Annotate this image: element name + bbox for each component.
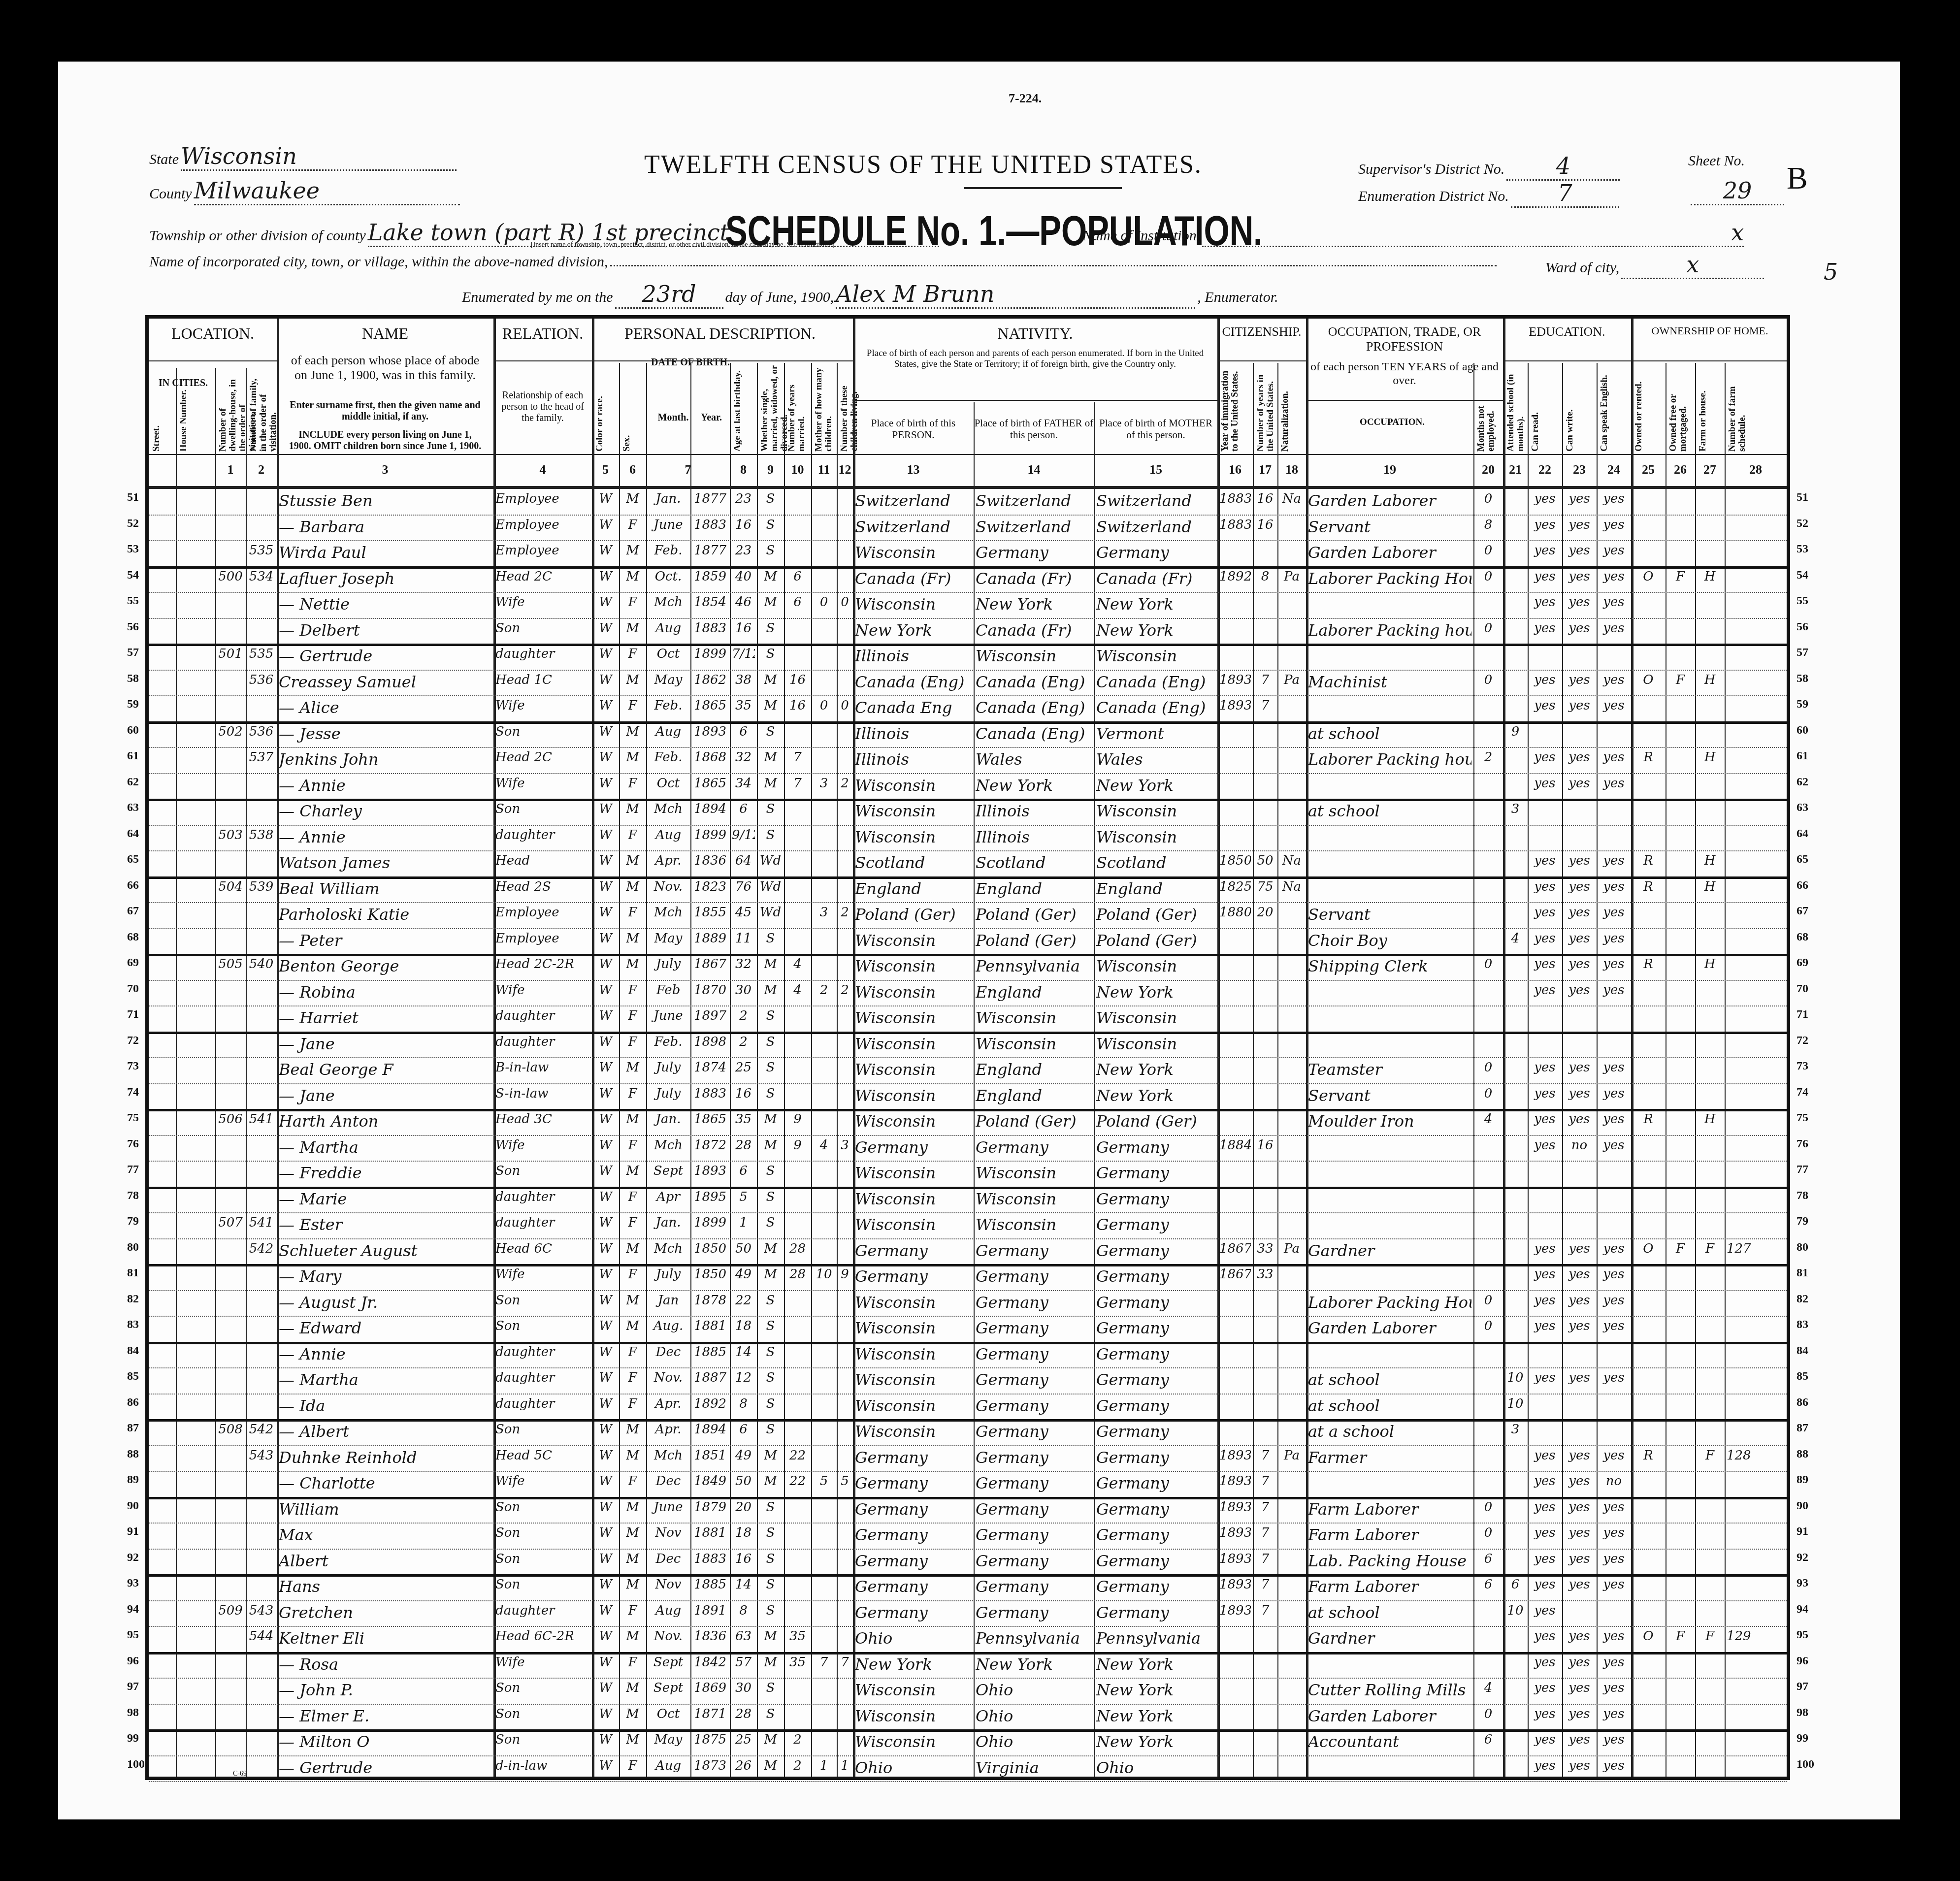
cell-name: — August Jr.: [279, 1293, 491, 1312]
cell-c: W: [594, 1293, 617, 1308]
cell-bf: England: [976, 879, 1092, 898]
column-number: 3: [277, 462, 493, 477]
cell-occ: Servant: [1308, 1086, 1471, 1105]
cell-moc: 10: [813, 1267, 835, 1282]
cell-yr: 1892: [692, 1396, 728, 1411]
cell-mo: Mch: [648, 802, 688, 816]
row-number: 63: [1797, 801, 1808, 814]
column-number: 13: [853, 462, 974, 477]
cell-une: 0: [1475, 1707, 1501, 1721]
cell-ms: M: [759, 983, 782, 998]
cell-own: O: [1633, 673, 1664, 687]
cell-mo: Mch: [648, 905, 688, 920]
cell-moc: 2: [813, 983, 835, 998]
cell-ms: S: [759, 1500, 782, 1515]
row-number: 89: [127, 1473, 139, 1487]
cell-mo: Aug: [648, 1603, 688, 1618]
column-number: 4: [493, 462, 592, 477]
cell-rel: Son: [495, 1422, 590, 1437]
cell-occ: Laborer Packing House: [1308, 569, 1471, 588]
cell-bp: Ohio: [855, 1629, 972, 1648]
cell-name: Watson James: [279, 853, 491, 872]
cell-c: W: [594, 1629, 617, 1644]
cell-own: R: [1633, 879, 1664, 894]
cell-rd: yes: [1530, 569, 1560, 584]
cell-fh: F: [1697, 1448, 1723, 1463]
cell-bm: New York: [1096, 1086, 1215, 1105]
cell-occ: at school: [1308, 1370, 1471, 1389]
cell-rd: yes: [1530, 1267, 1560, 1282]
cell-bm: Pennsylvania: [1096, 1629, 1215, 1648]
cell-age: 6: [732, 1164, 755, 1178]
cell-yr: 1849: [692, 1474, 728, 1489]
cell-rel: daughter: [495, 1008, 590, 1023]
cell-wr: yes: [1564, 1112, 1595, 1127]
cell-yus: 50: [1255, 853, 1275, 868]
row-number: 71: [1797, 1008, 1808, 1021]
cell-rel: Wife: [495, 698, 590, 713]
column-number: 10: [784, 462, 811, 477]
cell-age: 18: [732, 1319, 755, 1333]
column-number: 9: [757, 462, 784, 477]
cell-age: 14: [732, 1577, 755, 1592]
table-row: — AnniedaughterWFDec188514SWisconsinGerm…: [149, 1342, 1787, 1369]
cell-name: Parholoski Katie: [279, 905, 491, 924]
column-number: 18: [1277, 462, 1306, 477]
cell-en: yes: [1599, 1319, 1629, 1333]
cell-bm: New York: [1096, 1655, 1215, 1674]
state-value: Wisconsin: [181, 143, 457, 171]
cell-c: W: [594, 491, 617, 506]
cell-ym: 16: [786, 698, 809, 713]
row-number: 68: [1797, 931, 1808, 944]
cell-rel: Wife: [495, 776, 590, 791]
cell-bp: Wisconsin: [855, 1164, 972, 1182]
cell-rel: daughter: [495, 1345, 590, 1360]
header-immigration: Year of immigration to the United States…: [1220, 365, 1251, 452]
cell-s: M: [621, 1060, 644, 1075]
table-row: 509543GretchendaughterWFAug18918SGermany…: [149, 1600, 1787, 1627]
cell-c: W: [594, 1396, 617, 1411]
cell-bf: Germany: [976, 1474, 1092, 1492]
supervisor-district-field: Supervisor's District No. 4: [1358, 153, 1620, 181]
cell-ms: M: [759, 1474, 782, 1489]
cell-en: yes: [1599, 750, 1629, 765]
cell-rel: Son: [495, 1525, 590, 1540]
form-number: 7-224.: [1009, 91, 1042, 106]
row-number: 73: [1797, 1060, 1808, 1073]
cell-mo: Aug: [648, 621, 688, 636]
cell-own: O: [1633, 1629, 1664, 1644]
cell-bp: Germany: [855, 1500, 972, 1519]
row-number: 81: [127, 1266, 139, 1280]
cell-rel: Son: [495, 1319, 590, 1333]
cell-mo: Feb.: [648, 543, 688, 558]
cell-bf: Germany: [976, 1138, 1092, 1157]
cell-rel: d-in-law: [495, 1758, 590, 1773]
cell-name: — Ester: [279, 1215, 491, 1234]
cell-yus: 7: [1255, 1500, 1275, 1515]
table-row: Stussie BenEmployeeWMJan.187723SSwitzerl…: [149, 488, 1787, 516]
cell-yr: 1881: [692, 1525, 728, 1540]
cell-imm: 1893: [1219, 1525, 1251, 1540]
cell-chl: 1: [839, 1758, 851, 1773]
cell-c: W: [594, 983, 617, 998]
cell-bm: Germany: [1096, 1370, 1215, 1389]
cell-fm: 542: [248, 1422, 275, 1437]
cell-moc: 4: [813, 1138, 835, 1153]
cell-bf: Poland (Ger): [976, 905, 1092, 924]
cell-age: 5: [732, 1190, 755, 1204]
table-row: — BarbaraEmployeeWFJune188316SSwitzerlan…: [149, 515, 1787, 542]
cell-yr: 1893: [692, 724, 728, 739]
row-number: 91: [127, 1525, 139, 1538]
header-living: Number of these children living.: [840, 365, 851, 452]
cell-wr: yes: [1564, 905, 1595, 920]
cell-s: M: [621, 1422, 644, 1437]
cell-en: yes: [1599, 983, 1629, 998]
cell-yr: 1836: [692, 853, 728, 868]
cell-rel: Son: [495, 621, 590, 636]
cell-bf: Germany: [976, 1241, 1092, 1260]
cell-rel: Son: [495, 1293, 590, 1308]
cell-bm: Germany: [1096, 1525, 1215, 1544]
cell-rd: yes: [1530, 518, 1560, 532]
cell-name: — Peter: [279, 931, 491, 950]
row-number: 77: [127, 1163, 139, 1176]
cell-ms: S: [759, 1035, 782, 1049]
cell-rel: daughter: [495, 828, 590, 843]
cell-ms: S: [759, 1422, 782, 1437]
header-ownership: OWNERSHIP OF HOME.: [1631, 324, 1789, 337]
cell-name: — Albert: [279, 1422, 491, 1441]
cell-bp: Wisconsin: [855, 776, 972, 795]
header-nativity: NATIVITY.: [853, 324, 1217, 343]
cell-en: yes: [1599, 1758, 1629, 1773]
cell-age: 49: [732, 1448, 755, 1463]
cell-dw: 500: [217, 569, 244, 584]
cell-age: 14: [732, 1345, 755, 1360]
row-number: 57: [127, 646, 139, 659]
cell-mo: Sept: [648, 1164, 688, 1178]
cell-bp: Wisconsin: [855, 1215, 972, 1234]
cell-rel: Son: [495, 1552, 590, 1566]
cell-rel: daughter: [495, 1190, 590, 1204]
cell-en: yes: [1599, 776, 1629, 791]
cell-occ: Choir Boy: [1308, 931, 1471, 950]
cell-rd: yes: [1530, 1681, 1560, 1695]
cell-bm: New York: [1096, 983, 1215, 1002]
cell-bp: Ohio: [855, 1758, 972, 1777]
cell-name: — Barbara: [279, 518, 491, 536]
cell-fm: 534: [248, 569, 275, 584]
cell-s: F: [621, 1008, 644, 1023]
cell-name: Lafluer Joseph: [279, 569, 491, 588]
cell-chl: 7: [839, 1655, 851, 1670]
header-birth-mother: Place of birth of MOTHER of this person.: [1094, 417, 1217, 441]
row-number: 65: [1797, 853, 1808, 866]
cell-rel: Son: [495, 802, 590, 816]
table-row: 544Keltner EliHead 6C-2RWMNov.183663M35O…: [149, 1626, 1787, 1654]
cell-bp: Switzerland: [855, 518, 972, 536]
cell-c: W: [594, 1112, 617, 1127]
cell-ym: 22: [786, 1474, 809, 1489]
cell-bm: Vermont: [1096, 724, 1215, 743]
header-farm-house: Farm or house.: [1698, 365, 1723, 452]
cell-fm: 541: [248, 1112, 275, 1127]
cell-imm: 1880: [1219, 905, 1251, 920]
cell-mo: Aug: [648, 1758, 688, 1773]
cell-une: 6: [1475, 1552, 1501, 1566]
cell-occ: Garden Laborer: [1308, 1319, 1471, 1337]
cell-ms: M: [759, 1112, 782, 1127]
column-number: 1: [215, 462, 246, 477]
row-number: 65: [127, 853, 139, 866]
cell-dw: 507: [217, 1215, 244, 1230]
cell-name: Albert: [279, 1552, 491, 1570]
cell-ms: S: [759, 1190, 782, 1204]
cell-c: W: [594, 828, 617, 843]
cell-age: 32: [732, 957, 755, 972]
cell-bp: England: [855, 879, 972, 898]
row-number: 83: [127, 1318, 139, 1331]
table-row: 505540Benton GeorgeHead 2C-2RWMJuly18673…: [149, 954, 1787, 981]
cell-ym: 9: [786, 1112, 809, 1127]
cell-en: yes: [1599, 1707, 1629, 1721]
cell-une: 6: [1475, 1577, 1501, 1592]
cell-en: yes: [1599, 1448, 1629, 1463]
cell-rd: yes: [1530, 983, 1560, 998]
cell-fs: 127: [1727, 1241, 1785, 1256]
cell-rd: yes: [1530, 698, 1560, 713]
cell-bf: Wales: [976, 750, 1092, 769]
table-row: — HarrietdaughterWFJune18972SWisconsinWi…: [149, 1005, 1787, 1034]
cell-rel: S-in-law: [495, 1086, 590, 1101]
row-number: 55: [127, 594, 139, 608]
cell-bm: Wisconsin: [1096, 1035, 1215, 1053]
cell-rd: yes: [1530, 1603, 1560, 1618]
cell-mo: Mch: [648, 1138, 688, 1153]
cell-rel: Head 1C: [495, 673, 590, 687]
cell-ms: Wd: [759, 879, 782, 894]
table-row: — MariedaughterWFApr18955SWisconsinWisco…: [149, 1187, 1787, 1214]
cell-c: W: [594, 1732, 617, 1747]
cell-bp: Germany: [855, 1241, 972, 1260]
row-number: 70: [127, 982, 139, 996]
cell-mo: May: [648, 931, 688, 946]
cell-mo: June: [648, 518, 688, 532]
cell-occ: Gardner: [1308, 1629, 1471, 1648]
cell-own: O: [1633, 569, 1664, 584]
cell-ms: M: [759, 1241, 782, 1256]
column-number: 6: [619, 462, 646, 477]
cell-rel: Employee: [495, 543, 590, 558]
cell-ms: S: [759, 828, 782, 843]
cell-yr: 1877: [692, 543, 728, 558]
row-number: 58: [127, 672, 139, 685]
row-number: 67: [1797, 905, 1808, 918]
cell-rel: Head 5C: [495, 1448, 590, 1463]
cell-rel: Head 2C: [495, 750, 590, 765]
cell-mo: July: [648, 1060, 688, 1075]
cell-bf: Germany: [976, 1267, 1092, 1286]
cell-s: F: [621, 1345, 644, 1360]
cell-yr: 1883: [692, 621, 728, 636]
cell-ms: S: [759, 802, 782, 816]
cell-yr: 1850: [692, 1241, 728, 1256]
cell-yus: 16: [1255, 1138, 1275, 1153]
cell-name: — Edward: [279, 1319, 491, 1337]
cell-wr: yes: [1564, 1319, 1595, 1333]
cell-une: 0: [1475, 1525, 1501, 1540]
cell-name: — Martha: [279, 1138, 491, 1157]
cell-ym: 4: [786, 957, 809, 972]
cell-ms: S: [759, 1525, 782, 1540]
cell-nat: Na: [1279, 879, 1304, 894]
cell-bp: Wisconsin: [855, 1293, 972, 1312]
header-occupation-sub: OCCUPATION.: [1306, 417, 1478, 428]
cell-dw: 504: [217, 879, 244, 894]
cell-s: F: [621, 1086, 644, 1101]
cell-mo: June: [648, 1500, 688, 1515]
row-number: 95: [1797, 1628, 1808, 1642]
header-color: Color or race.: [595, 365, 617, 452]
cell-yus: 7: [1255, 698, 1275, 713]
header-years-married: Number of years married.: [787, 365, 809, 452]
row-number: 56: [1797, 620, 1808, 634]
row-number: 51: [127, 491, 139, 504]
cell-bp: Wisconsin: [855, 1008, 972, 1027]
row-number: 78: [1797, 1189, 1808, 1202]
cell-fm: 535: [248, 647, 275, 661]
cell-ms: S: [759, 1008, 782, 1023]
row-number: 75: [1797, 1111, 1808, 1125]
cell-bp: Wisconsin: [855, 543, 972, 562]
cell-dw: 506: [217, 1112, 244, 1127]
cell-rd: yes: [1530, 595, 1560, 610]
cell-occ: Farm Laborer: [1308, 1500, 1471, 1519]
cell-bm: Wisconsin: [1096, 802, 1215, 820]
cell-s: F: [621, 1474, 644, 1489]
cell-ms: M: [759, 1448, 782, 1463]
cell-chl: 3: [839, 1138, 851, 1153]
cell-bp: Wisconsin: [855, 1112, 972, 1131]
cell-bf: Wisconsin: [976, 1215, 1092, 1234]
cell-sch: 10: [1505, 1370, 1526, 1385]
cell-bm: New York: [1096, 595, 1215, 614]
cell-name: — Mary: [279, 1267, 491, 1286]
row-number: 97: [127, 1680, 139, 1693]
cell-en: yes: [1599, 853, 1629, 868]
cell-wr: yes: [1564, 957, 1595, 972]
cell-mo: Mch: [648, 1448, 688, 1463]
cell-s: M: [621, 1164, 644, 1178]
cell-imm: 1893: [1219, 698, 1251, 713]
population-table: LOCATION. IN CITIES. NAME of each person…: [145, 315, 1790, 1780]
cell-rel: Head 2C: [495, 569, 590, 584]
cell-rel: Head 2C-2R: [495, 957, 590, 972]
cell-rd: yes: [1530, 621, 1560, 636]
cell-occ: Garden Laborer: [1308, 1707, 1471, 1725]
cell-ms: M: [759, 750, 782, 765]
cell-sch: 9: [1505, 724, 1526, 739]
cell-c: W: [594, 1060, 617, 1075]
cell-ms: M: [759, 595, 782, 610]
cell-c: W: [594, 1707, 617, 1721]
header-name-desc: of each person whose place of abode on J…: [287, 353, 484, 383]
cell-c: W: [594, 1035, 617, 1049]
cell-dw: 503: [217, 828, 244, 843]
cell-name: Gretchen: [279, 1603, 491, 1622]
cell-une: 0: [1475, 1086, 1501, 1101]
cell-en: yes: [1599, 673, 1629, 687]
cell-c: W: [594, 750, 617, 765]
cell-bf: Scotland: [976, 853, 1092, 872]
cell-c: W: [594, 957, 617, 972]
cell-bp: Scotland: [855, 853, 972, 872]
cell-occ: Garden Laborer: [1308, 543, 1471, 562]
cell-s: F: [621, 983, 644, 998]
cell-age: 64: [732, 853, 755, 868]
cell-occ: Shipping Clerk: [1308, 957, 1471, 975]
cell-ym: 7: [786, 750, 809, 765]
cell-nat: Pa: [1279, 569, 1304, 584]
cell-name: — Jesse: [279, 724, 491, 743]
cell-c: W: [594, 1138, 617, 1153]
cell-yus: 8: [1255, 569, 1275, 584]
header-house: House Number.: [179, 373, 213, 452]
cell-occ: Moulder Iron: [1308, 1112, 1471, 1131]
cell-ms: S: [759, 1060, 782, 1075]
table-row: — MaryWifeWFJuly185049M28109GermanyGerma…: [149, 1264, 1787, 1291]
cell-imm: 1893: [1219, 1500, 1251, 1515]
cell-age: 1: [732, 1215, 755, 1230]
cell-s: F: [621, 1758, 644, 1773]
column-number: 27: [1695, 462, 1725, 477]
cell-c: W: [594, 853, 617, 868]
cell-wr: yes: [1564, 621, 1595, 636]
cell-s: M: [621, 724, 644, 739]
cell-chl: 5: [839, 1474, 851, 1489]
table-row: — IdadaughterWFApr.18928SWisconsinGerman…: [149, 1394, 1787, 1422]
cell-occ: Cutter Rolling Mills: [1308, 1681, 1471, 1699]
cell-yr: 1871: [692, 1707, 728, 1721]
cell-s: F: [621, 595, 644, 610]
cell-occ: at school: [1308, 1603, 1471, 1622]
cell-ms: S: [759, 1319, 782, 1333]
cell-name: — Alice: [279, 698, 491, 717]
cell-bm: Wales: [1096, 750, 1215, 769]
cell-s: M: [621, 957, 644, 972]
cell-yr: 1895: [692, 1190, 728, 1204]
cell-moc: 5: [813, 1474, 835, 1489]
cell-imm: 1893: [1219, 1577, 1251, 1592]
cell-en: yes: [1599, 1525, 1629, 1540]
cell-c: W: [594, 1758, 617, 1773]
cell-mo: Aug: [648, 828, 688, 843]
cell-name: — Annie: [279, 776, 491, 795]
cell-une: 4: [1475, 1112, 1501, 1127]
cell-own: R: [1633, 853, 1664, 868]
table-row: — Milton OSonWMMay187525M2WisconsinOhioN…: [149, 1729, 1787, 1756]
cell-c: W: [594, 1241, 617, 1256]
cell-wr: yes: [1564, 1655, 1595, 1670]
cell-en: yes: [1599, 1577, 1629, 1592]
cell-une: 4: [1475, 1681, 1501, 1695]
cell-rel: daughter: [495, 1396, 590, 1411]
cell-en: yes: [1599, 879, 1629, 894]
cell-rel: Son: [495, 1732, 590, 1747]
